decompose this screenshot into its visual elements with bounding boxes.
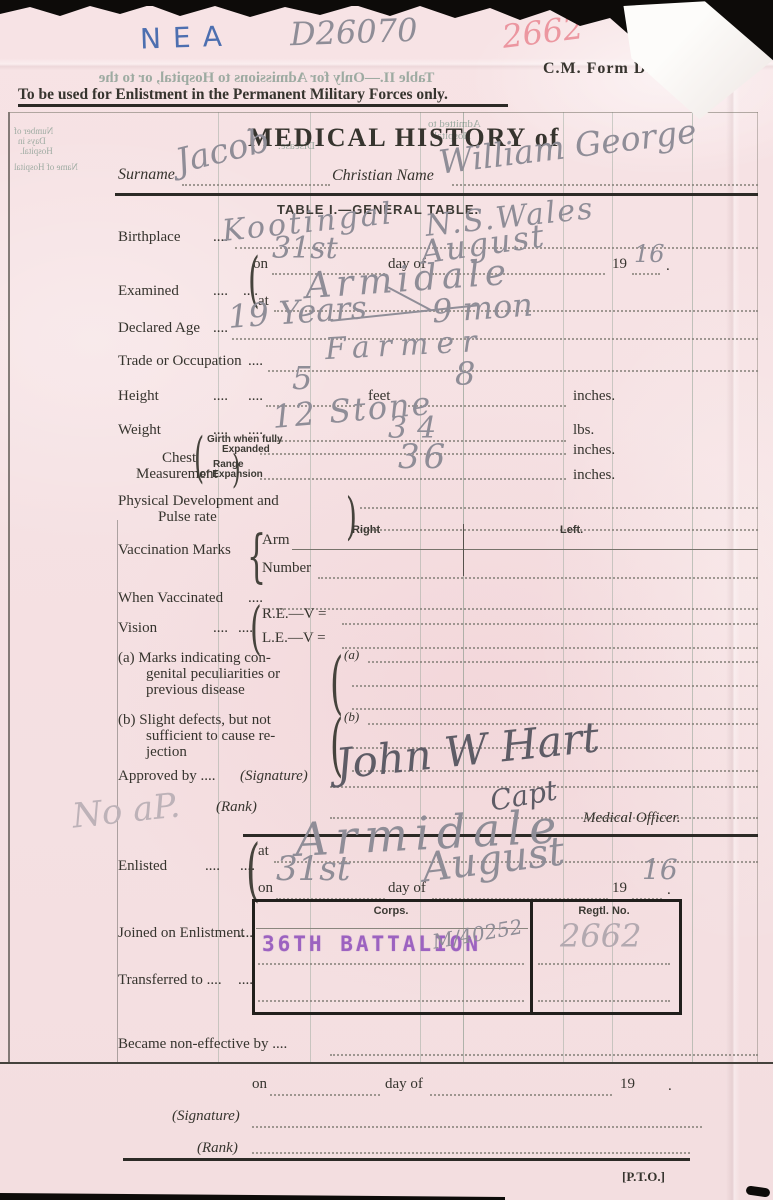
chest-range-line: [260, 478, 566, 480]
vaccination-left-header: Left.: [560, 524, 583, 536]
vision-le-label: L.E.—V =: [262, 630, 326, 647]
examined-year-line: [632, 273, 660, 275]
marks-a-label2: genital peculiarities or: [146, 666, 280, 683]
regtl-line: [538, 963, 670, 965]
footer-rank-line: [252, 1152, 690, 1154]
form-right-border: [757, 112, 758, 1062]
transferred-regtl-line: [538, 1000, 670, 1002]
joined-label: Joined on Enlistment: [118, 925, 245, 942]
defects-b-label3: jection: [146, 744, 187, 761]
pto-label: [P.T.O.]: [622, 1170, 665, 1184]
examined-year-handwritten: 16: [634, 242, 665, 266]
surname-label: Surname: [118, 166, 175, 184]
physical-label1: Physical Development and: [118, 493, 279, 510]
chest-girth-units: inches.: [573, 442, 615, 459]
chest-range-units: inches.: [573, 467, 615, 484]
vaccination-label: Vaccination Marks: [118, 542, 231, 559]
declared-age-label: Declared Age: [118, 320, 200, 337]
header-rule: [115, 193, 758, 196]
declared-age-years-handwritten: 19 Years: [227, 291, 368, 333]
enlisted-on-label: on: [258, 880, 273, 897]
when-vaccinated-line: [268, 608, 758, 610]
footer-year-prefix: 19: [620, 1076, 635, 1093]
birthplace-label: Birthplace: [118, 229, 180, 246]
marks-a-label1: (a) Marks indicating con-: [118, 650, 271, 667]
scanned-medical-history-form: NEA D26070 2662 C.M. Form D.1. Table II.…: [0, 0, 773, 1200]
vaccination-divider: [463, 524, 464, 576]
footer-rule: [123, 1158, 690, 1161]
non-effective-line: [330, 1054, 758, 1056]
marks-a-line1: [368, 661, 758, 663]
regtl-header: Regtl. No.: [534, 905, 674, 917]
corps-header: Corps.: [255, 905, 527, 917]
usage-underline: [18, 104, 508, 107]
enlisted-day-handwritten: 31st: [276, 852, 350, 886]
physical-line2: [360, 529, 758, 531]
height-inches-handwritten: 8: [455, 358, 475, 390]
enlisted-year-prefix: 19: [612, 880, 627, 897]
leader-dots: ....: [248, 353, 263, 370]
enlisted-year-handwritten: 16: [642, 856, 678, 884]
usage-instruction: To be used for Enlistment in the Permane…: [18, 86, 448, 103]
leader-dots: ....: [238, 925, 253, 942]
bleedthrough-text: Number of: [14, 126, 53, 136]
christian-name-label: Christian Name: [332, 167, 434, 185]
when-vaccinated-label: When Vaccinated: [118, 590, 223, 607]
physical-label2: Pulse rate: [158, 509, 217, 526]
table-rule: [218, 112, 219, 1062]
trade-line: [268, 370, 758, 372]
chest-label1: Chest: [162, 450, 196, 467]
vision-re-line: [342, 623, 758, 625]
margin-note-handwritten: No aP.: [71, 788, 182, 833]
form-left-border: [8, 112, 10, 1062]
examined-period: .: [666, 258, 670, 275]
leader-dots: ....: [213, 320, 228, 337]
leader-dots: ....: [238, 972, 253, 989]
vision-le-line: [342, 647, 758, 649]
handwritten-reference-number: D26070: [289, 14, 417, 50]
weight-label: Weight: [118, 422, 161, 439]
examined-day-handwritten: 31st: [272, 234, 338, 264]
defects-b-tag: (b): [344, 710, 359, 724]
non-effective-label: Became non-effective by ....: [118, 1036, 287, 1053]
marks-a-label3: previous disease: [146, 682, 245, 699]
vaccination-number-label: Number: [262, 560, 311, 577]
vaccination-number-line: [318, 577, 758, 579]
table-rule: [692, 112, 693, 1062]
footer-month-line: [430, 1094, 612, 1096]
bleedthrough-title: Table II.—Only for Admissions to Hospita…: [14, 70, 519, 87]
marks-a-line3: [352, 708, 758, 710]
handwritten-initials-blue: NEA: [140, 22, 235, 53]
bleedthrough-text: Hospital.: [20, 146, 53, 156]
physical-line1: [360, 507, 758, 509]
paper-crease: [726, 0, 740, 1200]
marks-a-tag: (a): [344, 648, 359, 662]
leader-dots: ....: [205, 858, 220, 875]
footer-day-line: [270, 1094, 380, 1096]
enlisted-label: Enlisted: [118, 858, 167, 875]
leader-dots: ....: [213, 620, 228, 637]
leader-dots: ....: [213, 283, 228, 300]
form-top-border: [8, 112, 758, 113]
footer-signature-label: (Signature): [172, 1108, 240, 1125]
approved-signature-label: (Signature): [240, 768, 308, 785]
footer-signature-line: [252, 1126, 702, 1128]
enlisted-at-label: at: [258, 843, 269, 860]
regtl-number-handwritten: 2662: [560, 920, 641, 952]
defects-b-label2: sufficient to cause re-: [146, 728, 275, 745]
weight-lbs-label: lbs.: [573, 422, 594, 439]
footer-dayof-label: day of: [385, 1076, 423, 1093]
footer-period: .: [668, 1078, 672, 1095]
marks-a-line2: [352, 685, 758, 687]
declared-age-line: [232, 338, 758, 340]
christian-name-line: [452, 184, 758, 186]
bleedthrough-text: Name of Hospital: [14, 162, 78, 172]
examined-year-prefix: 19: [612, 256, 627, 273]
leader-dots: ....: [240, 858, 255, 875]
trade-label: Trade or Occupation: [118, 353, 242, 370]
bottom-section-rule: [0, 1062, 773, 1064]
vaccination-arm-label: Arm: [262, 532, 290, 549]
transferred-label: Transferred to ....: [118, 972, 222, 989]
height-label: Height: [118, 388, 159, 405]
leader-dots: ....: [213, 388, 228, 405]
vision-re-label: R.E.—V =: [262, 606, 326, 623]
vaccination-right-header: Right: [352, 524, 380, 536]
height-feet-handwritten: 5: [292, 362, 312, 394]
examined-label: Examined: [118, 283, 179, 300]
height-inches-label: inches.: [573, 388, 615, 405]
chest-range-handwritten: 36: [398, 440, 449, 474]
surname-line: [182, 184, 330, 186]
vision-label: Vision: [118, 620, 157, 637]
transferred-line: [258, 1000, 524, 1002]
medical-officer-label: Medical Officer.: [583, 810, 680, 827]
leader-dots: ....: [248, 388, 263, 405]
footer-on-label: on: [252, 1076, 267, 1093]
bleedthrough-text: Days in: [18, 136, 46, 146]
chest-range-label2: of Expansion: [200, 469, 263, 480]
approved-rank-label: (Rank): [216, 799, 257, 816]
corps-regtl-divider: [530, 899, 533, 1012]
footer-rank-label: (Rank): [197, 1140, 238, 1157]
corps-line: [258, 963, 524, 965]
defects-b-label1: (b) Slight defects, but not: [118, 712, 271, 729]
vaccination-arm-line: [292, 549, 758, 550]
enlisted-dayof-label: day of: [388, 880, 426, 897]
approved-label: Approved by ....: [118, 768, 216, 785]
